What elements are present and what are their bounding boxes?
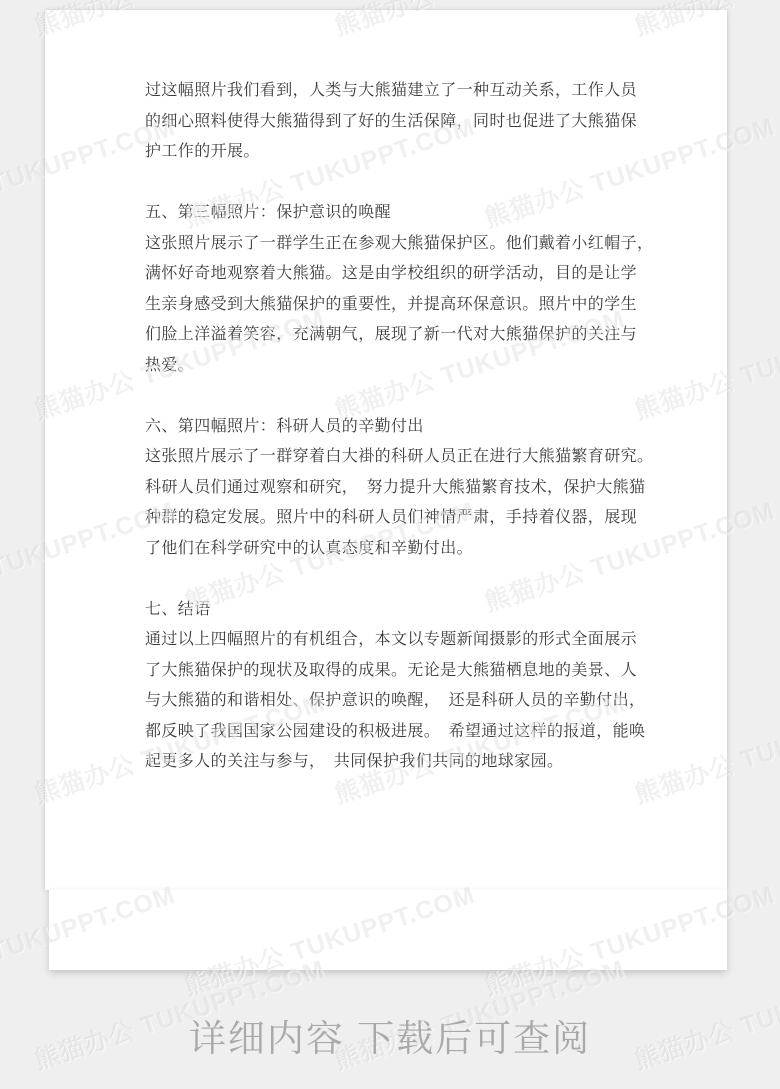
paragraph: 这张照片展示了一群穿着白大褂的科研人员正在进行大熊猫繁育研究。科研人员们通过观察… xyxy=(145,442,657,564)
document-preview: 过这幅照片我们看到，人类与大熊猫建立了一种互动关系，工作人员的细心照料使得大熊猫… xyxy=(0,0,780,1089)
text-line: 通过以上四幅照片的有机组合，本文以专题新闻摄影的形式全面展示 xyxy=(145,625,657,656)
section-heading: 六、第四幅照片：科研人员的辛勤付出 xyxy=(145,412,657,443)
page-content: 过这幅照片我们看到，人类与大熊猫建立了一种互动关系，工作人员的细心照料使得大熊猫… xyxy=(145,76,657,778)
text-line: 生亲身感受到大熊猫保护的重要性，并提高环保意识。照片中的学生 xyxy=(145,290,657,321)
section-heading: 七、结语 xyxy=(145,595,657,626)
document-page: 过这幅照片我们看到，人类与大熊猫建立了一种互动关系，工作人员的细心照料使得大熊猫… xyxy=(45,10,727,890)
text-line: 这张照片展示了一群学生正在参观大熊猫保护区。他们戴着小红帽子， xyxy=(145,229,657,260)
text-line: 这张照片展示了一群穿着白大褂的科研人员正在进行大熊猫繁育研究。 xyxy=(145,442,657,473)
paragraph: 过这幅照片我们看到，人类与大熊猫建立了一种互动关系，工作人员的细心照料使得大熊猫… xyxy=(145,76,657,168)
text-line: 们脸上洋溢着笑容，充满朝气，展现了新一代对大熊猫保护的关注与 xyxy=(145,320,657,351)
text-line: 种群的稳定发展。照片中的科研人员们神情严肃，手持着仪器，展现 xyxy=(145,503,657,534)
text-line: 与大熊猫的和谐相处、保护意识的唤醒， 还是科研人员的辛勤付出， xyxy=(145,686,657,717)
text-line: 热爱。 xyxy=(145,351,657,382)
paragraph: 这张照片展示了一群学生正在参观大熊猫保护区。他们戴着小红帽子，满怀好奇地观察着大… xyxy=(145,229,657,382)
text-line: 起更多人的关注与参与， 共同保护我们共同的地球家园。 xyxy=(145,747,657,778)
text-line: 了他们在科学研究中的认真态度和辛勤付出。 xyxy=(145,534,657,565)
section-heading: 五、第三幅照片：保护意识的唤醒 xyxy=(145,198,657,229)
text-line: 都反映了我国国家公园建设的积极进展。 希望通过这样的报道，能唤 xyxy=(145,717,657,748)
text-line: 满怀好奇地观察着大熊猫。这是由学校组织的研学活动，目的是让学 xyxy=(145,259,657,290)
text-line: 的细心照料使得大熊猫得到了好的生活保障，同时也促进了大熊猫保 xyxy=(145,107,657,138)
paragraph: 通过以上四幅照片的有机组合，本文以专题新闻摄影的形式全面展示了大熊猫保护的现状及… xyxy=(145,625,657,778)
footer-note: 详细内容 下载后可查阅 xyxy=(0,1008,780,1062)
text-line: 过这幅照片我们看到，人类与大熊猫建立了一种互动关系，工作人员 xyxy=(145,76,657,107)
text-line: 护工作的开展。 xyxy=(145,137,657,168)
text-line: 科研人员们通过观察和研究， 努力提升大熊猫繁育技术，保护大熊猫 xyxy=(145,473,657,504)
text-line: 了大熊猫保护的现状及取得的成果。无论是大熊猫栖息地的美景、人 xyxy=(145,656,657,687)
document-page-next xyxy=(49,890,727,970)
